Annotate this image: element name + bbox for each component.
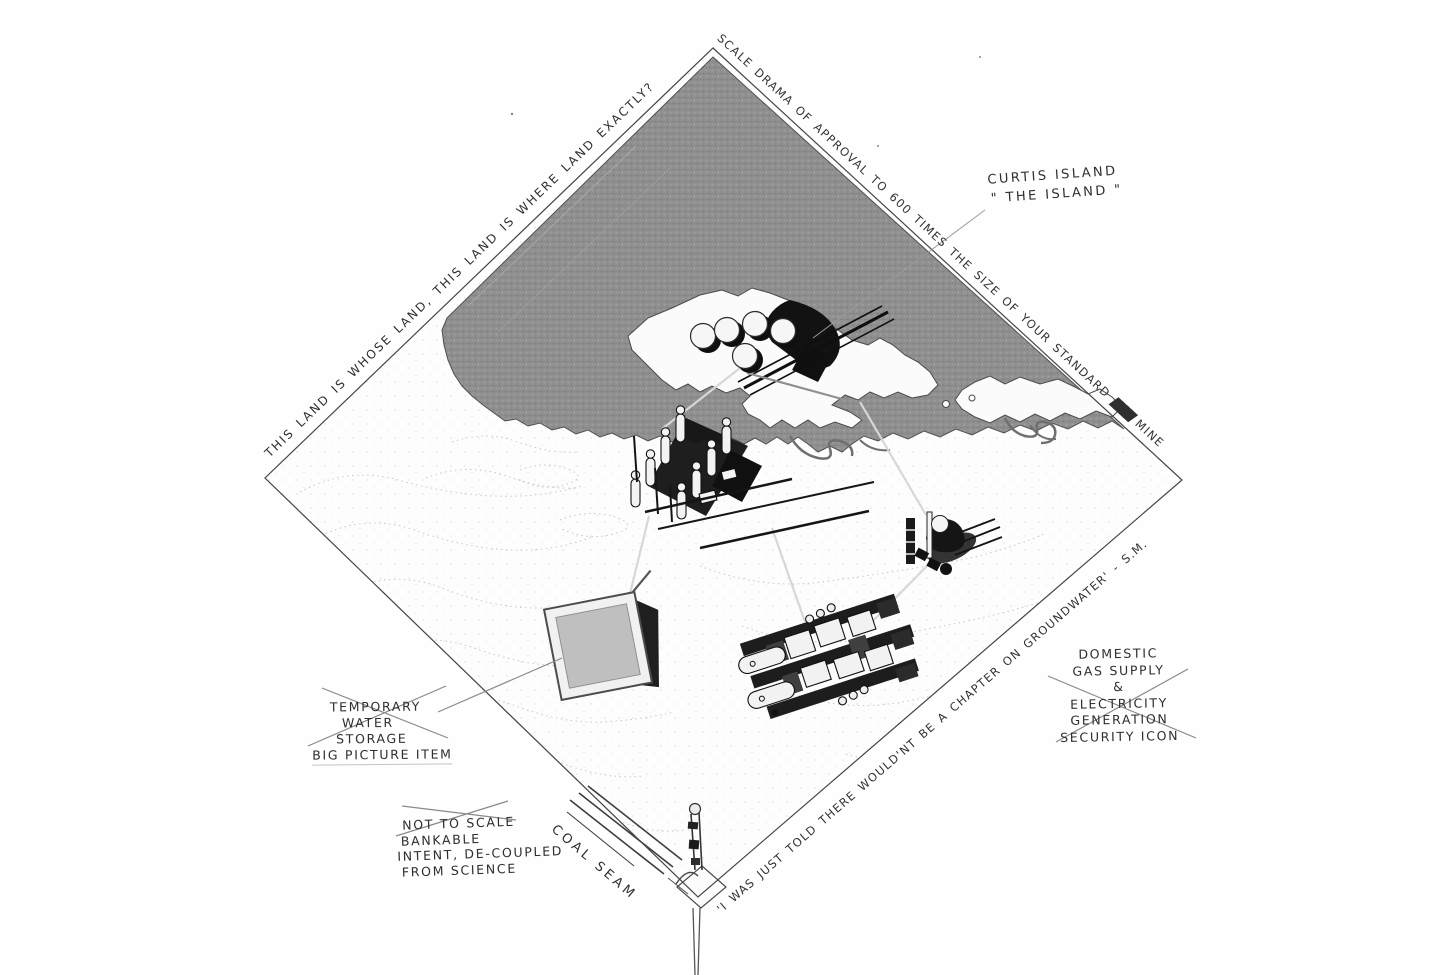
map-drawing bbox=[0, 0, 1440, 975]
water-storage-label-line: BIG PICTURE ITEM bbox=[312, 746, 453, 765]
domestic-gas-label: DOMESTIC GAS SUPPLY & ELECTRICITY GENERA… bbox=[1039, 645, 1199, 747]
water-storage-label-line: WATER bbox=[342, 714, 453, 731]
water-storage-label-line: TEMPORARY bbox=[330, 698, 453, 715]
water-storage-label-line: STORAGE bbox=[336, 730, 453, 747]
domestic-gas-label-line: SECURITY ICON bbox=[1041, 727, 1199, 746]
sketch-map-page: SCALE DRAMA OF APPROVAL TO 600 TIMES THE… bbox=[0, 0, 1440, 975]
not-to-scale-label: NOT TO SCALE BANKABLE INTENT, DE-COUPLED… bbox=[396, 812, 564, 880]
water-storage-label: TEMPORARY WATER STORAGE BIG PICTURE ITEM bbox=[312, 698, 453, 765]
